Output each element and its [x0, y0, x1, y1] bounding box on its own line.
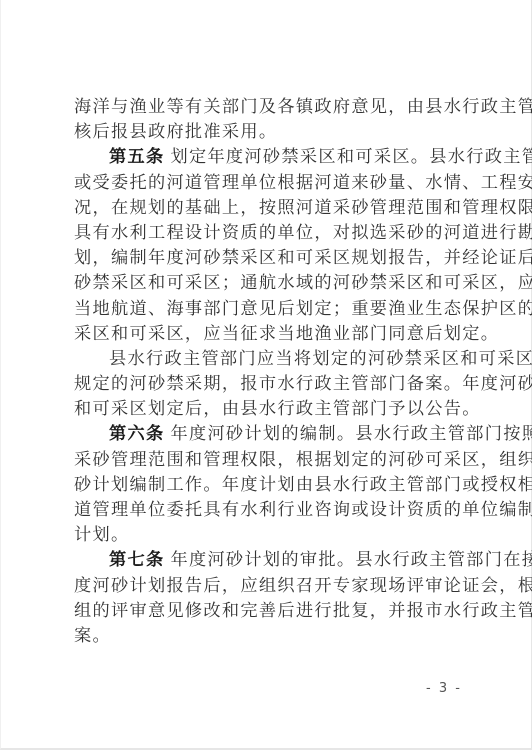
text-line: 砂禁采区和可采区；通航水域的河砂禁采区和可采区，应当征求	[74, 271, 466, 296]
article-label: 第七条	[109, 550, 164, 570]
text-line: 核后报县政府批准采用。	[74, 120, 466, 145]
document-page: 海洋与渔业等有关部门及各镇政府意见，由县水行政主管部门审 核后报县政府批准采用。…	[0, 0, 532, 750]
document-body: 海洋与渔业等有关部门及各镇政府意见，由县水行政主管部门审 核后报县政府批准采用。…	[74, 95, 466, 649]
article-7-heading-line: 第七条年度河砂计划的审批。县水行政主管部门在接到年	[74, 548, 466, 573]
text-line: 或受委托的河道管理单位根据河道来砂量、水情、工程安全等情	[74, 171, 466, 196]
article-text: 划定年度河砂禁采区和可采区。县水行政主管部门	[170, 147, 532, 167]
text-line: 规定的河砂禁采期，报市水行政主管部门备案。年度河砂禁采区	[74, 372, 466, 397]
text-line: 当地航道、海事部门意见后划定；重要渔业生态保护区的河砂禁	[74, 297, 466, 322]
text-line: 道管理单位委托具有水利行业咨询或设计资质的单位编制年度	[74, 498, 466, 523]
text-line: 海洋与渔业等有关部门及各镇政府意见，由县水行政主管部门审	[74, 95, 466, 120]
page-number: - 3 -	[426, 681, 462, 696]
article-6-heading-line: 第六条年度河砂计划的编制。县水行政主管部门按照河道	[74, 422, 466, 447]
text-line: 划，编制年度河砂禁采区和可采区规划报告，并经论证后划定河	[74, 246, 466, 271]
text-line: 采砂管理范围和管理权限，根据划定的河砂可采区，组织年度河	[74, 448, 466, 473]
article-text: 年度河砂计划的编制。县水行政主管部门按照河道	[170, 424, 532, 444]
text-line: 度河砂计划报告后，应组织召开专家现场评审论证会，根据专家	[74, 574, 466, 599]
text-line: 况，在规划的基础上，按照河道采砂管理范围和管理权限，委托	[74, 196, 466, 221]
text-line: 计划。	[74, 523, 466, 548]
text-line: 具有水利工程设计资质的单位，对拟选采砂的河道进行勘测和规	[74, 221, 466, 246]
article-text: 年度河砂计划的审批。县水行政主管部门在接到年	[170, 550, 532, 570]
text-line: 案。	[74, 624, 466, 649]
text-line: 砂计划编制工作。年度计划由县水行政主管部门或授权相应的河	[74, 473, 466, 498]
paragraph-start-line: 县水行政主管部门应当将划定的河砂禁采区和可采区以及	[74, 347, 466, 372]
text-line: 采区和可采区，应当征求当地渔业部门同意后划定。	[74, 322, 466, 347]
text-line: 和可采区划定后，由县水行政主管部门予以公告。	[74, 397, 466, 422]
article-label: 第六条	[109, 424, 164, 444]
article-label: 第五条	[109, 147, 164, 167]
text-line: 组的评审意见修改和完善后进行批复，并报市水行政主管部门备	[74, 599, 466, 624]
article-5-heading-line: 第五条划定年度河砂禁采区和可采区。县水行政主管部门	[74, 145, 466, 170]
